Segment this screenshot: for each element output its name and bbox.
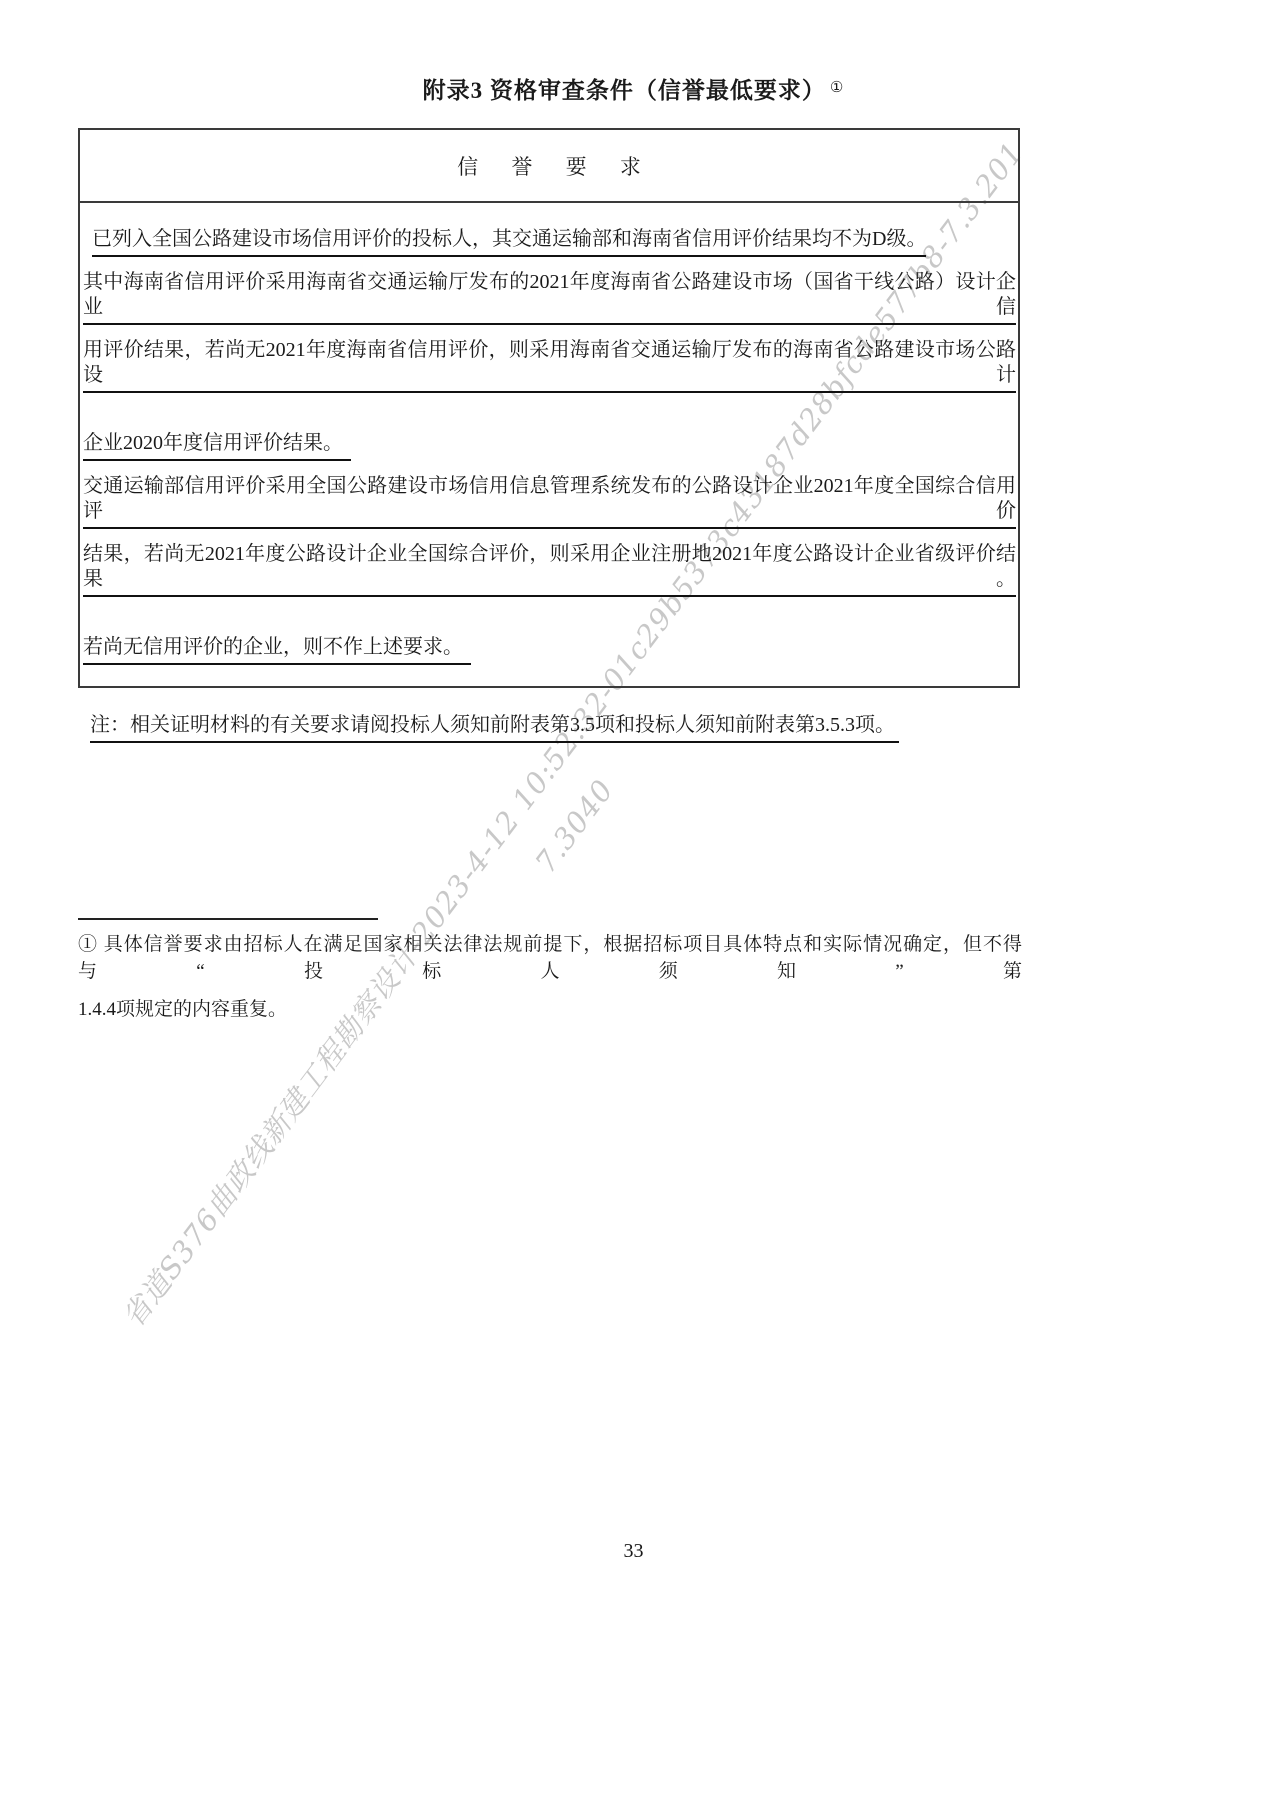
body-line: 用评价结果，若尚无2021年度海南省信用评价，则采用海南省交通运输厅发布的海南省… — [83, 325, 1016, 393]
body-line: 已列入全国公路建设市场信用评价的投标人，其交通运输部和海南省信用评价结果均不为D… — [83, 203, 1016, 257]
note-text: 注：相关证明材料的有关要求请阅投标人须知前附表第3.5项和投标人须知前附表第3.… — [90, 708, 899, 743]
footnote-line-2: 1.4.4项规定的内容重复。 — [78, 994, 287, 1021]
footnote-separator — [78, 918, 378, 920]
table-body: 已列入全国公路建设市场信用评价的投标人，其交通运输部和海南省信用评价结果均不为D… — [80, 203, 1018, 665]
body-line: 交通运输部信用评价采用全国公路建设市场信用信息管理系统发布的公路设计企业2021… — [83, 461, 1016, 529]
page-title-text: 附录3 资格审查条件（信誉最低要求） — [423, 78, 826, 103]
body-line: 若尚无信用评价的企业，则不作上述要求。 — [83, 597, 1016, 665]
watermark-secondary: 7.3040 — [528, 773, 620, 879]
footnote-line-1: ① 具体信誉要求由招标人在满足国家相关法律法规前提下，根据招标项目具体特点和实际… — [78, 932, 1022, 985]
table-header-cell: 信 誉 要 求 — [80, 130, 1018, 203]
document-page: 省道S376曲政线新建工程勘察设计-2023-4-12 10:52:32-01c… — [0, 0, 1267, 1793]
page-title: 附录3 资格审查条件（信誉最低要求）① — [0, 72, 1267, 105]
body-line: 结果，若尚无2021年度公路设计企业全国综合评价，则采用企业注册地2021年度公… — [83, 529, 1016, 597]
credit-requirements-table: 信 誉 要 求 已列入全国公路建设市场信用评价的投标人，其交通运输部和海南省信用… — [78, 128, 1020, 688]
title-footnote-marker: ① — [830, 80, 844, 96]
body-line: 其中海南省信用评价采用海南省交通运输厅发布的2021年度海南省公路建设市场（国省… — [83, 257, 1016, 325]
page-number: 33 — [0, 1540, 1267, 1563]
body-line: 企业2020年度信用评价结果。 — [83, 393, 1016, 461]
